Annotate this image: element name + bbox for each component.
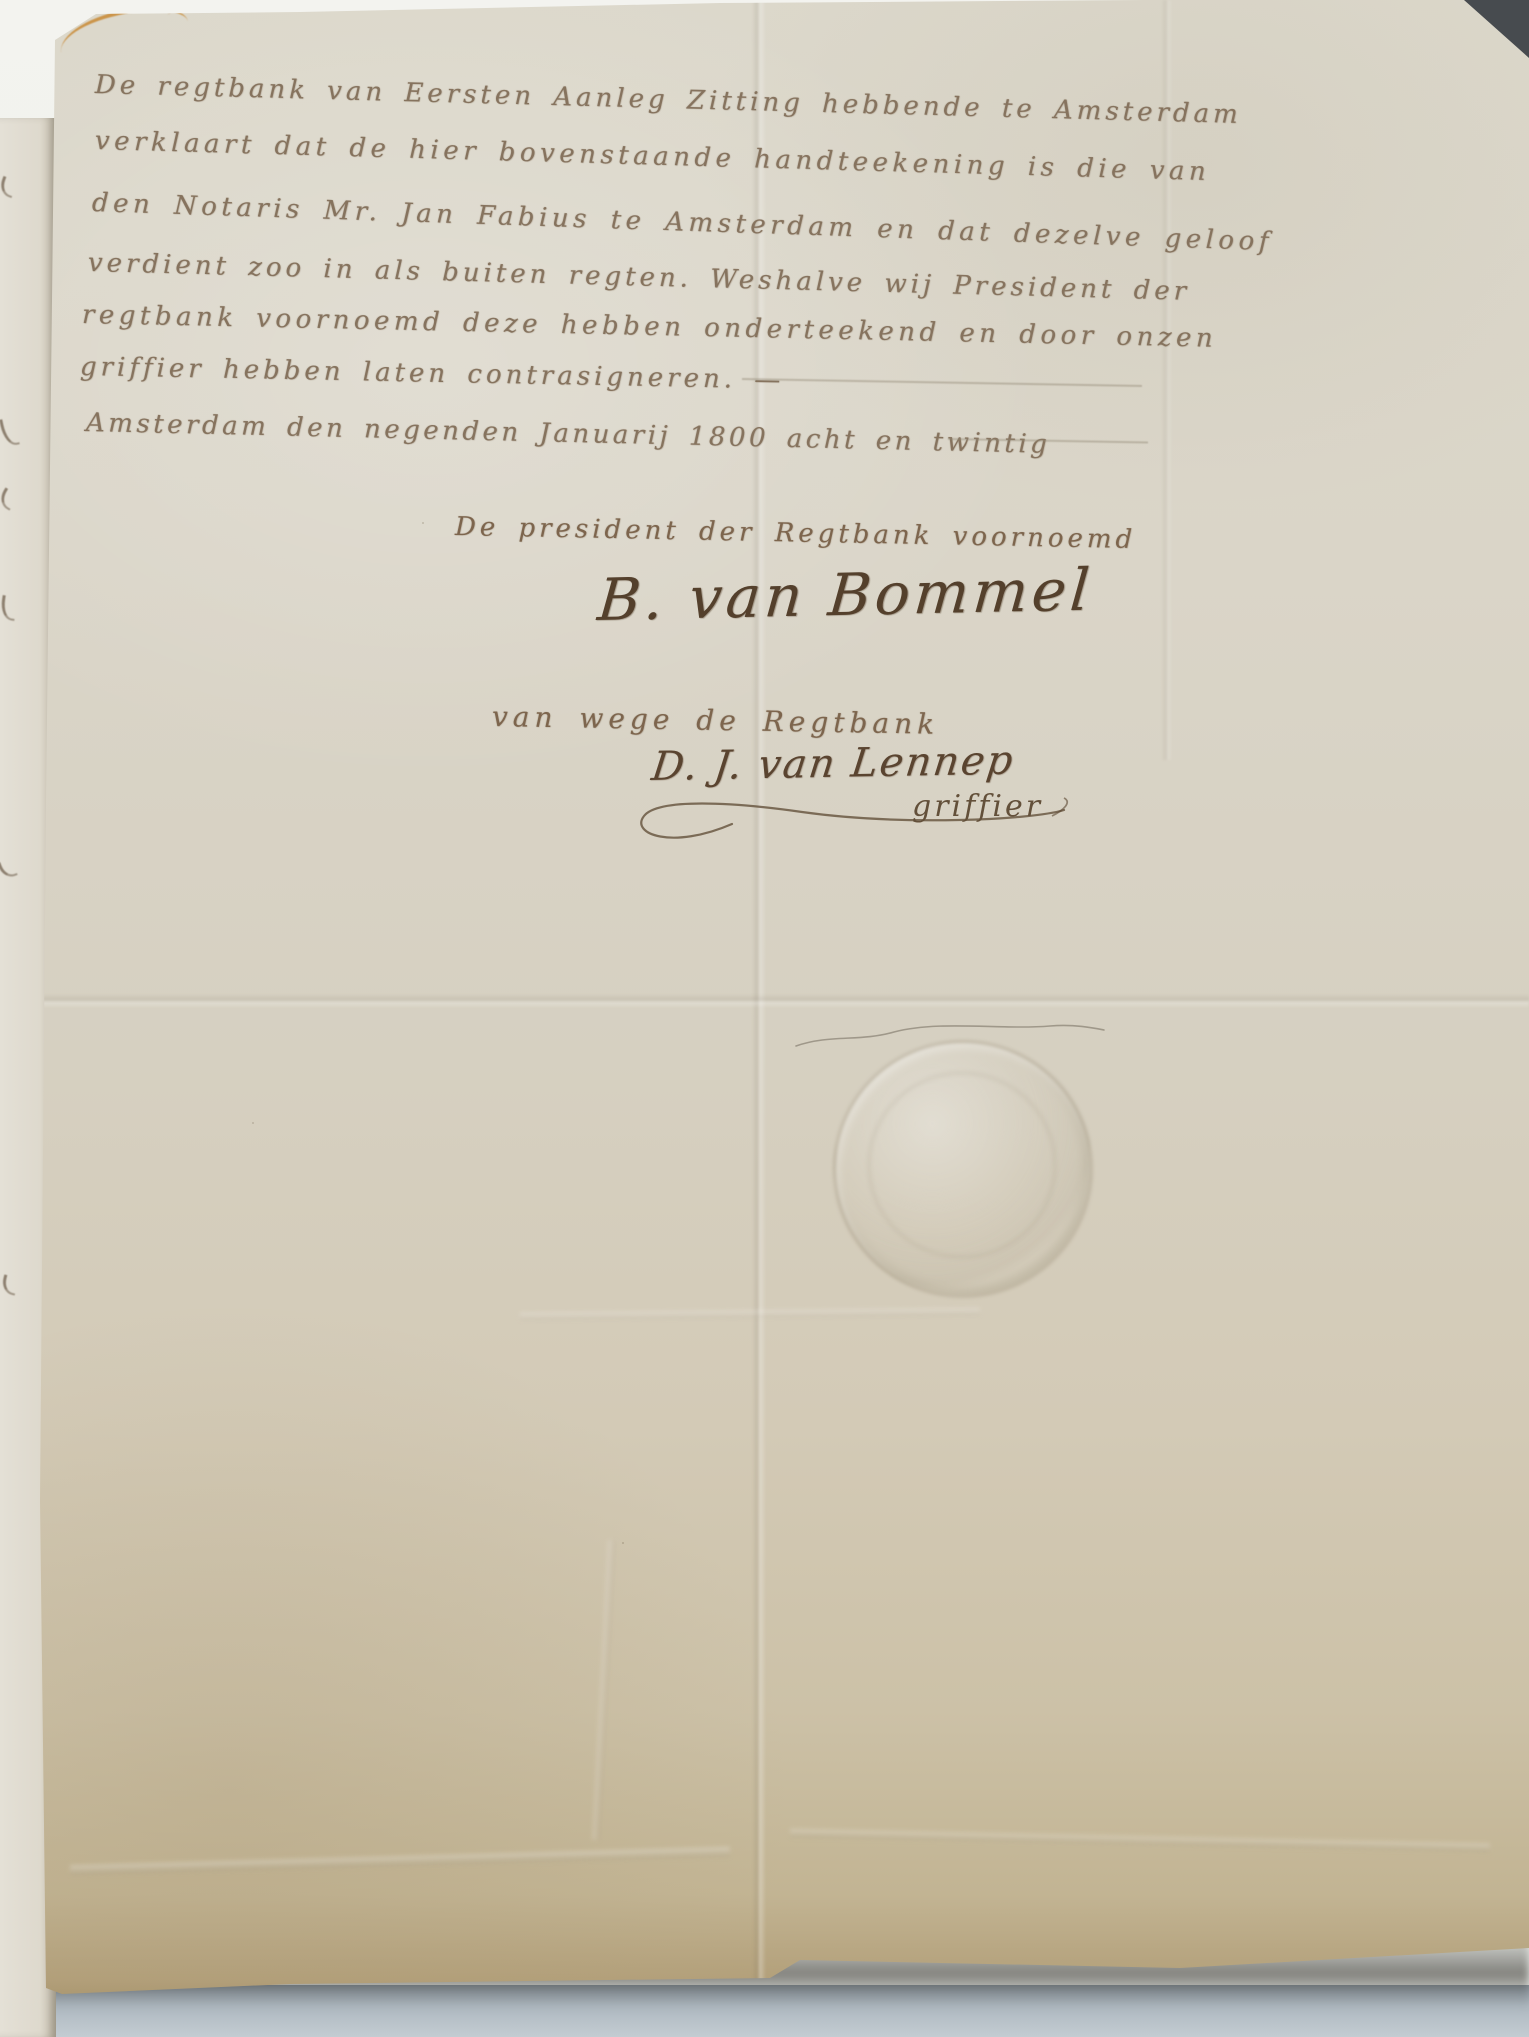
gilt-corner-edge	[56, 1, 189, 53]
document-photo: De regtbank van Eersten Aanleg Zitting h…	[0, 0, 1529, 2037]
wrinkle-crease	[790, 1829, 1490, 1853]
horizontal-fold-crease	[40, 994, 1529, 1008]
embossed-seal-inner-ring	[868, 1072, 1056, 1258]
ink-mark	[0, 595, 18, 621]
body-line-1: De regtbank van Eersten Aanleg Zitting h…	[95, 70, 1243, 130]
body-line-4: verdient zoo in als buiten regten. Wesha…	[88, 248, 1191, 307]
ink-mark	[0, 1274, 19, 1295]
body-line-3: den Notaris Mr. Jan Fabius te Amsterdam …	[92, 188, 1274, 257]
signature-flourish: griffier	[612, 772, 1082, 862]
date-line: Amsterdam den negenden Januarij 1800 ach…	[86, 408, 1051, 460]
body-line-6: griffier hebben laten contrasigneren. —	[80, 352, 785, 396]
wrinkle-crease	[520, 1308, 980, 1321]
on-behalf-line: van wege de Regtbank	[492, 700, 940, 741]
ink-mark	[0, 858, 18, 880]
paper-sheet: De regtbank van Eersten Aanleg Zitting h…	[0, 0, 1529, 2037]
clerk-title-label: griffier	[912, 789, 1043, 824]
wrinkle-crease	[592, 1540, 616, 1840]
president-title-line: De president der Regtbank voornoemd	[455, 512, 1137, 555]
wrinkle-crease	[70, 1847, 730, 1875]
body-line-2: verklaart dat de hier bovenstaande handt…	[95, 126, 1211, 187]
paper-specks	[0, 0, 6, 6]
gilt-corner-edge-2	[167, 2, 238, 24]
seal-top-crease	[790, 1012, 1110, 1062]
president-signature: B. van Bommel	[595, 556, 1096, 635]
vertical-fold-crease	[752, 0, 766, 2037]
ink-mark	[0, 487, 18, 510]
ink-mark	[0, 417, 20, 448]
ink-mark	[0, 176, 18, 198]
body-line-5: regtbank voornoemd deze hebben onderteek…	[82, 300, 1218, 354]
pencil-rule-line	[742, 378, 1142, 387]
